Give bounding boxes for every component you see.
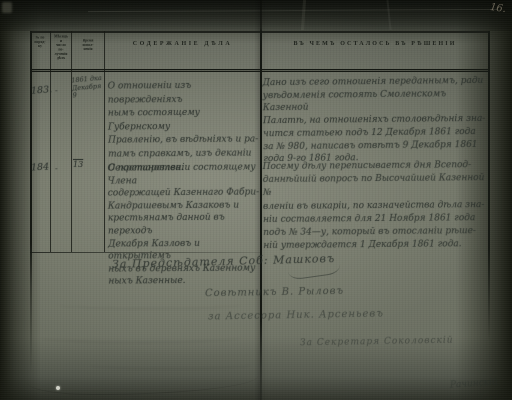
column-header-entered: Время испол- ненія bbox=[77, 39, 98, 52]
folio-number: 16. bbox=[489, 2, 506, 15]
table-border-left bbox=[30, 31, 32, 373]
entry-mark: - bbox=[55, 86, 58, 95]
entry-date: 1861 дка Декабря 9 bbox=[71, 75, 107, 100]
column-header-contents: СОДЕРЖАНІЕ ДѢЛА bbox=[105, 41, 260, 47]
column-header-number: № по поряд- ку bbox=[34, 36, 46, 49]
column-header-received: Мѣсяцъ и число по- лученія дѣлъ bbox=[54, 35, 68, 61]
table-rule-col2 bbox=[71, 31, 72, 252]
entry-date: 13 bbox=[73, 160, 83, 169]
column-header-resolution: ВЪ ЧЕМЪ ОСТАЛОСЬ ВЪ РѢШЕНІИ bbox=[262, 41, 488, 47]
dust-speck bbox=[56, 386, 60, 390]
bleed-through-mark bbox=[60, 300, 240, 309]
entry-mark: - bbox=[55, 164, 58, 173]
bleed-through-mark bbox=[40, 332, 240, 343]
entry-number: 184 bbox=[31, 162, 50, 174]
document-scan: № по поряд- ку Мѣсяцъ и число по- лучені… bbox=[0, 0, 512, 400]
corner-paper-mark bbox=[2, 2, 12, 13]
entry-resolution-text: Дано изъ сего отношенія переданнымъ, рад… bbox=[263, 75, 490, 166]
table-rule-col1 bbox=[50, 31, 51, 252]
entry-number: 183. bbox=[31, 84, 53, 96]
table-rule-col3 bbox=[104, 31, 105, 252]
entry-resolution-text: Посему дѣлу переписывается дня Всепод- д… bbox=[263, 159, 490, 253]
